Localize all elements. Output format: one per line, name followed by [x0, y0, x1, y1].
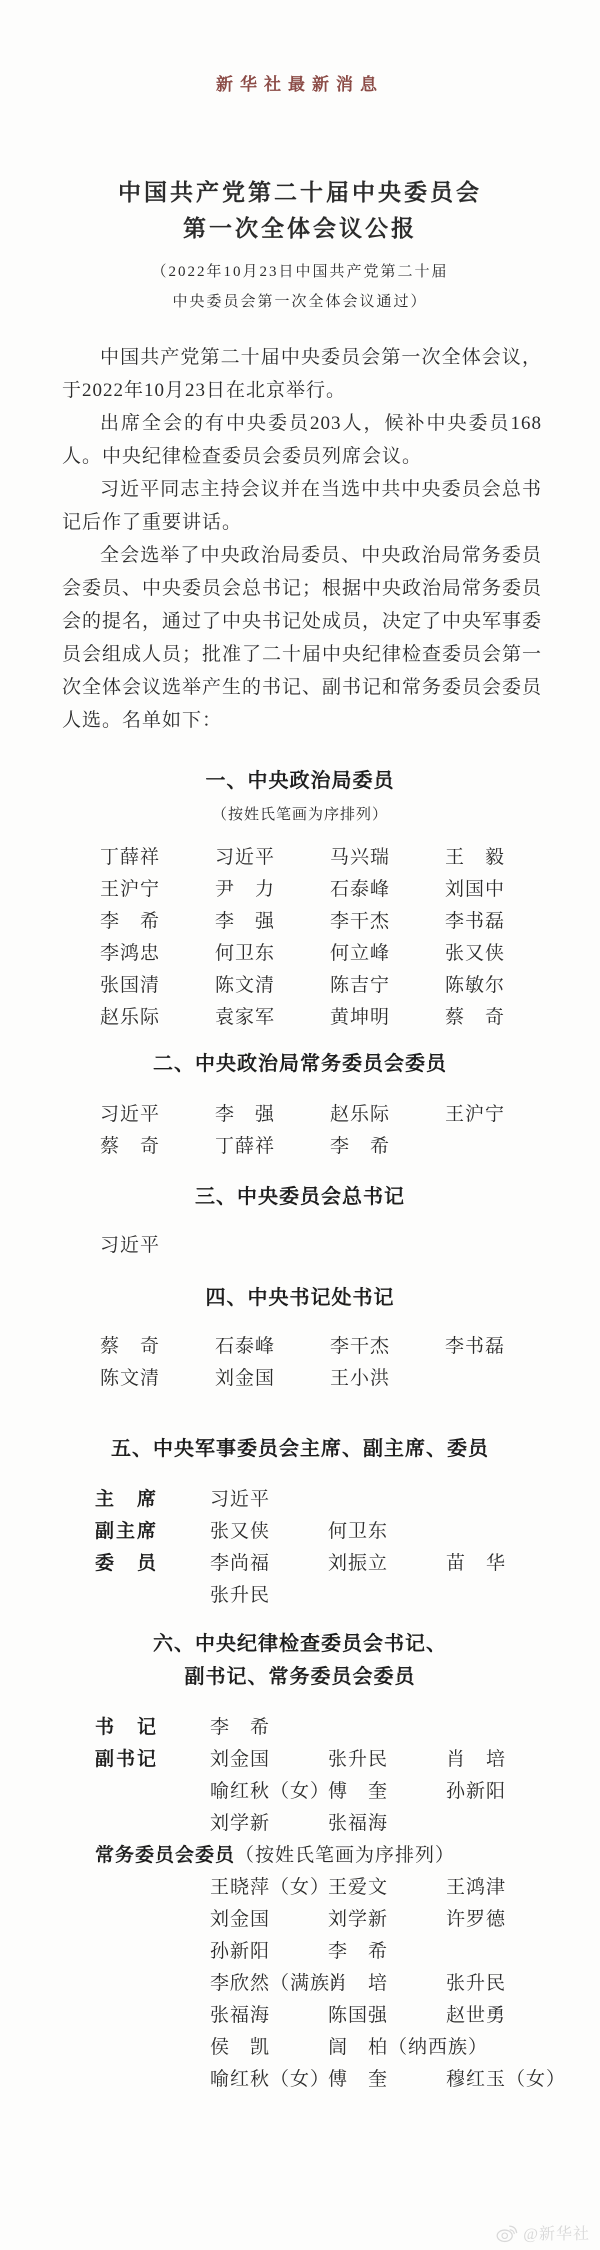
masthead-label: 新华社最新消息: [0, 0, 600, 95]
member-name: 丁薛祥: [215, 1131, 330, 1163]
name-row: 常务委员会委员（按姓氏笔画为序排列）: [95, 1840, 600, 1872]
member-name: 王爱文: [328, 1872, 446, 1904]
name-row: 王晓萍（女）王爱文王鸿津: [95, 1872, 600, 1904]
role-label: 副主席: [95, 1516, 210, 1548]
member-name: 苗 华: [446, 1548, 564, 1580]
member-name: 李尚福: [210, 1548, 328, 1580]
section-heading-secretariat: 四、中央书记处书记: [0, 1282, 600, 1315]
section-heading-ccdi: 六、中央纪律检查委员会书记、 副书记、常务委员会委员: [0, 1628, 600, 1694]
member-name: 刘金国: [215, 1363, 330, 1395]
member-name: 马兴瑞: [330, 842, 445, 874]
name-row: 张福海陈国强赵世勇: [95, 2000, 600, 2032]
member-name: 肖 培: [328, 1968, 446, 2000]
paragraph-session-held: 中国共产党第二十届中央委员会第一次全体会议，于2022年10月23日在北京举行。: [62, 341, 542, 407]
role-label: 委 员: [95, 1548, 210, 1580]
member-name: 李干杰: [330, 1331, 445, 1363]
paragraph-elections: 全会选举了中央政治局委员、中央政治局常务委员会委员、中央委员会总书记；根据中央政…: [62, 539, 542, 737]
member-name: 李书磊: [445, 1331, 560, 1363]
member-name: 李欣然（满族）: [210, 1968, 328, 2000]
name-row: 侯 凯訚 柏（纳西族）: [95, 2032, 600, 2064]
role-label: 书 记: [95, 1712, 210, 1744]
name-row: 刘金国刘学新许罗德: [95, 1904, 600, 1936]
member-name: 何卫东: [328, 1516, 446, 1548]
member-name: 李 希: [210, 1712, 328, 1744]
cmc-name-grid: 主 席习近平副主席张又侠何卫东委 员李尚福刘振立苗 华张升民: [0, 1484, 600, 1612]
document-subtitle-line-1: （2022年10月23日中国共产党第二十届: [0, 257, 600, 287]
name-row: 蔡 奇丁薛祥李 希: [100, 1131, 600, 1163]
subrole-label: 常务委员会委员: [95, 1840, 235, 1872]
member-name: 李 强: [215, 906, 330, 938]
member-name: 张又侠: [445, 938, 560, 970]
psc-name-grid: 习近平李 强赵乐际王沪宁蔡 奇丁薛祥李 希: [0, 1099, 600, 1163]
weibo-icon: [495, 2222, 519, 2244]
general-secretary-name-grid: 习近平: [0, 1230, 600, 1262]
member-name: 肖 培: [446, 1744, 564, 1776]
member-name: 李 希: [328, 1936, 446, 1968]
member-name: 陈国强: [328, 2000, 446, 2032]
document-title-line-2: 第一次全体会议公报: [0, 211, 600, 247]
member-name: 王沪宁: [100, 874, 215, 906]
role-label: 主 席: [95, 1484, 210, 1516]
paragraph-attendance: 出席全会的有中央委员203人，候补中央委员168人。中央纪律检查委员会委员列席会…: [62, 407, 542, 473]
sort-note-inline: （按姓氏笔画为序排列）: [235, 1840, 455, 1872]
member-name: 习近平: [215, 842, 330, 874]
name-row: 张升民: [95, 1580, 600, 1612]
member-name: 訚 柏（纳西族）: [328, 2032, 446, 2064]
document-subtitle-line-2: 中央委员会第一次全体会议通过）: [0, 287, 600, 317]
name-row: 赵乐际袁家军黄坤明蔡 奇: [100, 1002, 600, 1034]
member-name: 喻红秋（女）: [210, 2064, 328, 2096]
member-name: 王小洪: [330, 1363, 445, 1395]
section-heading-psc: 二、中央政治局常务委员会委员: [0, 1048, 600, 1081]
name-row: 习近平: [100, 1230, 600, 1262]
member-name: 李鸿忠: [100, 938, 215, 970]
role-label: 副书记: [95, 1744, 210, 1776]
member-name: 赵乐际: [330, 1099, 445, 1131]
member-name: 王 毅: [445, 842, 560, 874]
paragraph-xi-speech: 习近平同志主持会议并在当选中共中央委员会总书记后作了重要讲话。: [62, 473, 542, 539]
name-row: 孙新阳李 希: [95, 1936, 600, 1968]
member-name: 李 强: [215, 1099, 330, 1131]
document-title: 中国共产党第二十届中央委员会 第一次全体会议公报: [0, 175, 600, 247]
name-row: 张国清陈文清陈吉宁陈敏尔: [100, 970, 600, 1002]
name-row: 喻红秋（女）傅 奎孙新阳: [95, 1776, 600, 1808]
section-heading-cmc: 五、中央军事委员会主席、副主席、委员: [0, 1433, 600, 1466]
politburo-sort-note: （按姓氏笔画为序排列）: [0, 800, 600, 830]
body-paragraphs: 中国共产党第二十届中央委员会第一次全体会议，于2022年10月23日在北京举行。…: [62, 341, 542, 737]
member-name: 张升民: [210, 1580, 328, 1612]
member-name: 喻红秋（女）: [210, 1776, 328, 1808]
name-row: 委 员李尚福刘振立苗 华: [95, 1548, 600, 1580]
member-name: 何卫东: [215, 938, 330, 970]
member-name: 刘学新: [210, 1808, 328, 1840]
member-name: 习近平: [210, 1484, 328, 1516]
member-name: 李 希: [330, 1131, 445, 1163]
member-name: 傅 奎: [328, 2064, 446, 2096]
name-row: 喻红秋（女）傅 奎穆红玉（女）: [95, 2064, 600, 2096]
member-name: 侯 凯: [210, 2032, 328, 2064]
member-name: 张福海: [328, 1808, 446, 1840]
ccdi-heading-line-1: 六、中央纪律检查委员会书记、: [0, 1628, 600, 1661]
name-row: 刘学新张福海: [95, 1808, 600, 1840]
member-name: 刘金国: [210, 1904, 328, 1936]
name-row: 李欣然（满族）肖 培张升民: [95, 1968, 600, 2000]
member-name: 孙新阳: [446, 1776, 564, 1808]
document-subtitle: （2022年10月23日中国共产党第二十届 中央委员会第一次全体会议通过）: [0, 257, 600, 317]
name-row: 习近平李 强赵乐际王沪宁: [100, 1099, 600, 1131]
member-name: 李 希: [100, 906, 215, 938]
watermark-handle: @新华社: [523, 2221, 590, 2244]
member-name: 刘振立: [328, 1548, 446, 1580]
member-name: 习近平: [100, 1230, 215, 1262]
member-name: 张升民: [328, 1744, 446, 1776]
member-name: 何立峰: [330, 938, 445, 970]
member-name: 张升民: [446, 1968, 564, 2000]
member-name: 孙新阳: [210, 1936, 328, 1968]
member-name: 赵乐际: [100, 1002, 215, 1034]
member-name: 蔡 奇: [445, 1002, 560, 1034]
member-name: 刘学新: [328, 1904, 446, 1936]
name-row: 副书记刘金国张升民肖 培: [95, 1744, 600, 1776]
member-name: 许罗德: [446, 1904, 564, 1936]
ccdi-heading-line-2: 副书记、常务委员会委员: [0, 1661, 600, 1694]
communique-page: { "masthead": { "label": "新华社最新消息", "col…: [0, 0, 600, 2250]
name-row: 丁薛祥习近平马兴瑞王 毅: [100, 842, 600, 874]
member-name: 穆红玉（女）: [446, 2064, 564, 2096]
member-name: 蔡 奇: [100, 1131, 215, 1163]
member-name: 李书磊: [445, 906, 560, 938]
member-name: 王晓萍（女）: [210, 1872, 328, 1904]
member-name: 张国清: [100, 970, 215, 1002]
ccdi-name-grid: 书 记李 希副书记刘金国张升民肖 培喻红秋（女）傅 奎孙新阳刘学新张福海常务委员…: [0, 1712, 600, 2096]
politburo-name-grid: 丁薛祥习近平马兴瑞王 毅王沪宁尹 力石泰峰刘国中李 希李 强李干杰李书磊李鸿忠何…: [0, 842, 600, 1034]
member-name: 王沪宁: [445, 1099, 560, 1131]
member-name: 尹 力: [215, 874, 330, 906]
member-name: 赵世勇: [446, 2000, 564, 2032]
watermark: @新华社: [495, 2221, 590, 2244]
member-name: 蔡 奇: [100, 1331, 215, 1363]
name-row: 王沪宁尹 力石泰峰刘国中: [100, 874, 600, 906]
member-name: 傅 奎: [328, 1776, 446, 1808]
name-row: 副主席张又侠何卫东: [95, 1516, 600, 1548]
member-name: 陈敏尔: [445, 970, 560, 1002]
name-row: 陈文清刘金国王小洪: [100, 1363, 600, 1395]
name-row: 李鸿忠何卫东何立峰张又侠: [100, 938, 600, 970]
member-name: 陈吉宁: [330, 970, 445, 1002]
section-heading-politburo: 一、中央政治局委员: [0, 765, 600, 798]
member-name: 王鸿津: [446, 1872, 564, 1904]
member-name: 刘国中: [445, 874, 560, 906]
name-row: 蔡 奇石泰峰李干杰李书磊: [100, 1331, 600, 1363]
member-name: 袁家军: [215, 1002, 330, 1034]
document-title-line-1: 中国共产党第二十届中央委员会: [0, 175, 600, 211]
member-name: 张福海: [210, 2000, 328, 2032]
member-name: 石泰峰: [215, 1331, 330, 1363]
member-name: 石泰峰: [330, 874, 445, 906]
name-row: 李 希李 强李干杰李书磊: [100, 906, 600, 938]
member-name: 习近平: [100, 1099, 215, 1131]
member-name: 李干杰: [330, 906, 445, 938]
member-name: 陈文清: [100, 1363, 215, 1395]
member-name: 黄坤明: [330, 1002, 445, 1034]
name-row: 主 席习近平: [95, 1484, 600, 1516]
member-name: 张又侠: [210, 1516, 328, 1548]
name-row: 书 记李 希: [95, 1712, 600, 1744]
member-name: 丁薛祥: [100, 842, 215, 874]
member-name: 陈文清: [215, 970, 330, 1002]
secretariat-name-grid: 蔡 奇石泰峰李干杰李书磊陈文清刘金国王小洪: [0, 1331, 600, 1395]
member-name: 刘金国: [210, 1744, 328, 1776]
section-heading-general-secretary: 三、中央委员会总书记: [0, 1181, 600, 1214]
